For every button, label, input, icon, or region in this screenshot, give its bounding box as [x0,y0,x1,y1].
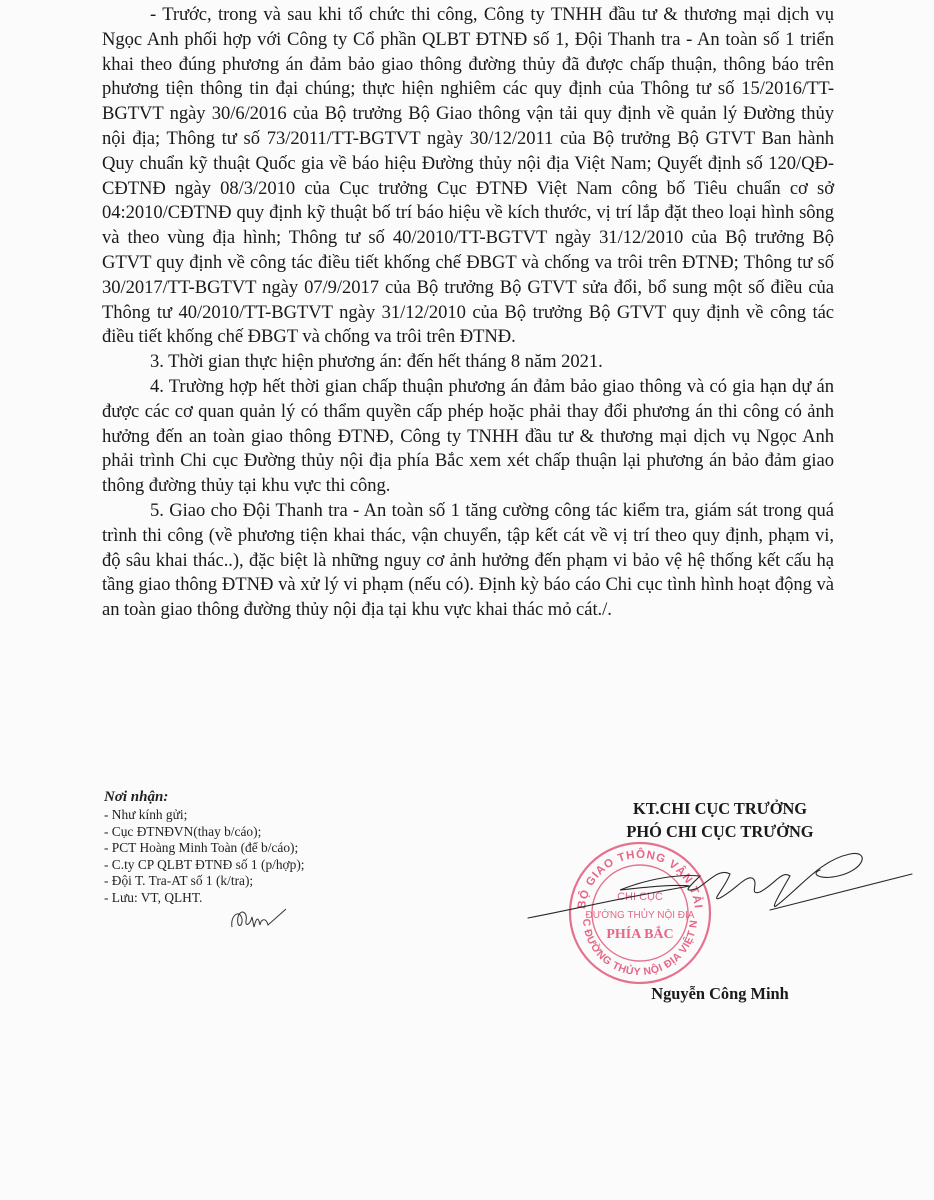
recipient-item: - PCT Hoàng Minh Toàn (để b/cáo); [104,840,305,857]
document-footer: Nơi nhận: - Như kính gửi; - Cục ĐTNĐVN(t… [0,0,934,1200]
signature-title: KT.CHI CỤC TRƯỞNG PHÓ CHI CỤC TRƯỞNG [560,797,880,843]
recipient-item: - Đội T. Tra-AT số 1 (k/tra); [104,873,305,890]
recipients-title: Nơi nhận: [104,788,305,807]
recipient-item: - C.ty CP QLBT ĐTNĐ số 1 (p/hợp); [104,857,305,874]
bleed-through-artifact [110,1000,800,1072]
initials-mark-icon [228,905,288,933]
recipients-list: Nơi nhận: - Như kính gửi; - Cục ĐTNĐVN(t… [104,788,305,907]
handwritten-signature-icon [520,840,920,930]
recipient-item: - Cục ĐTNĐVN(thay b/cáo); [104,824,305,841]
recipient-item: - Như kính gửi; [104,807,305,824]
signature-title-line1: KT.CHI CỤC TRƯỞNG [560,797,880,820]
